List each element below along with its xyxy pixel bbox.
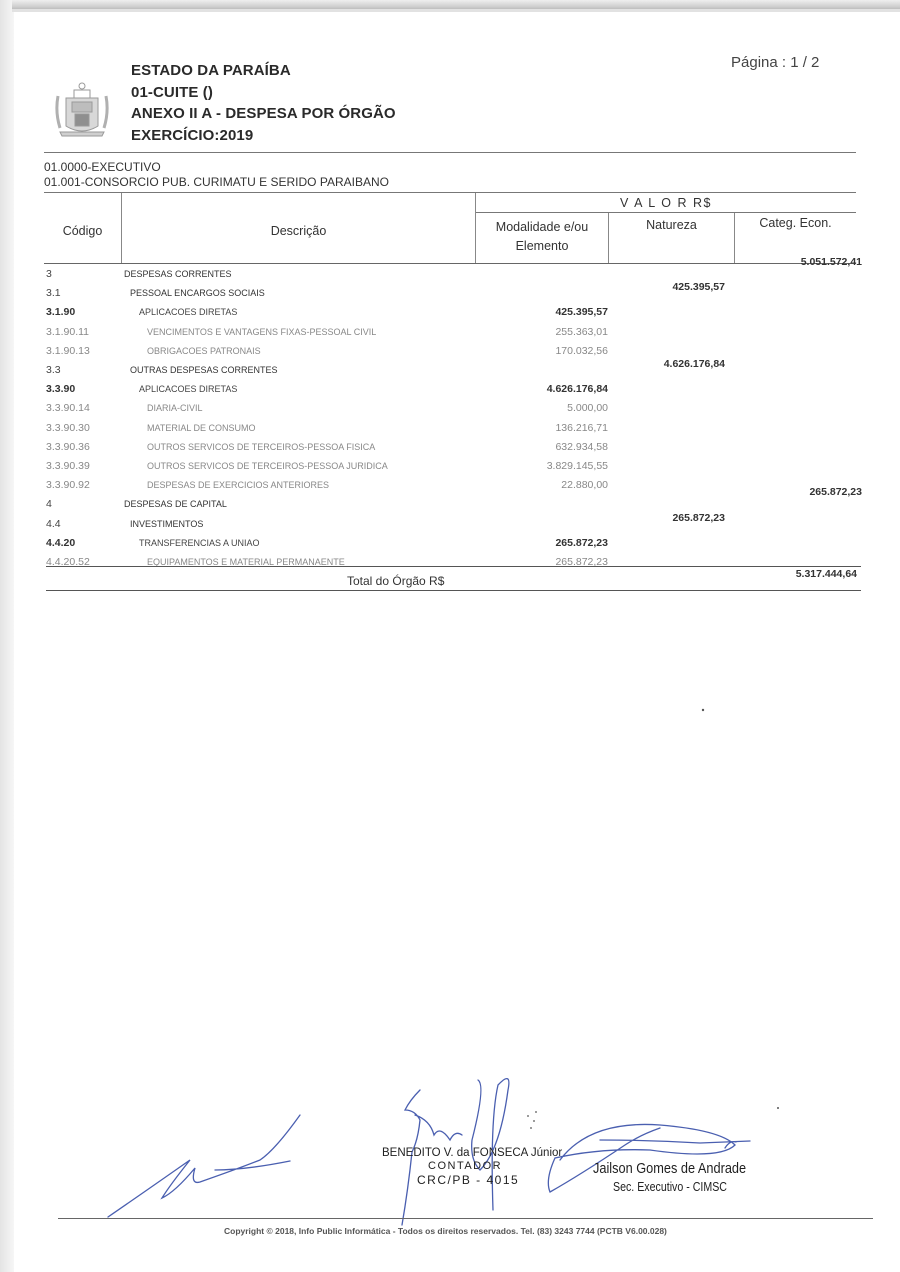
secretary-name: Jailson Gomes de Andrade xyxy=(593,1160,746,1177)
handwritten-signatures xyxy=(0,0,900,1272)
secretary-role: Sec. Executivo - CIMSC xyxy=(613,1180,727,1194)
copyright-notice: Copyright © 2018, Info Public Informátic… xyxy=(224,1226,667,1236)
accountant-name: BENEDITO V. da FONSECA Júnior xyxy=(382,1147,562,1159)
footer-rule xyxy=(58,1218,873,1219)
accountant-role: CONTADOR xyxy=(428,1160,502,1172)
accountant-registration: CRC/PB - 4015 xyxy=(417,1173,519,1187)
